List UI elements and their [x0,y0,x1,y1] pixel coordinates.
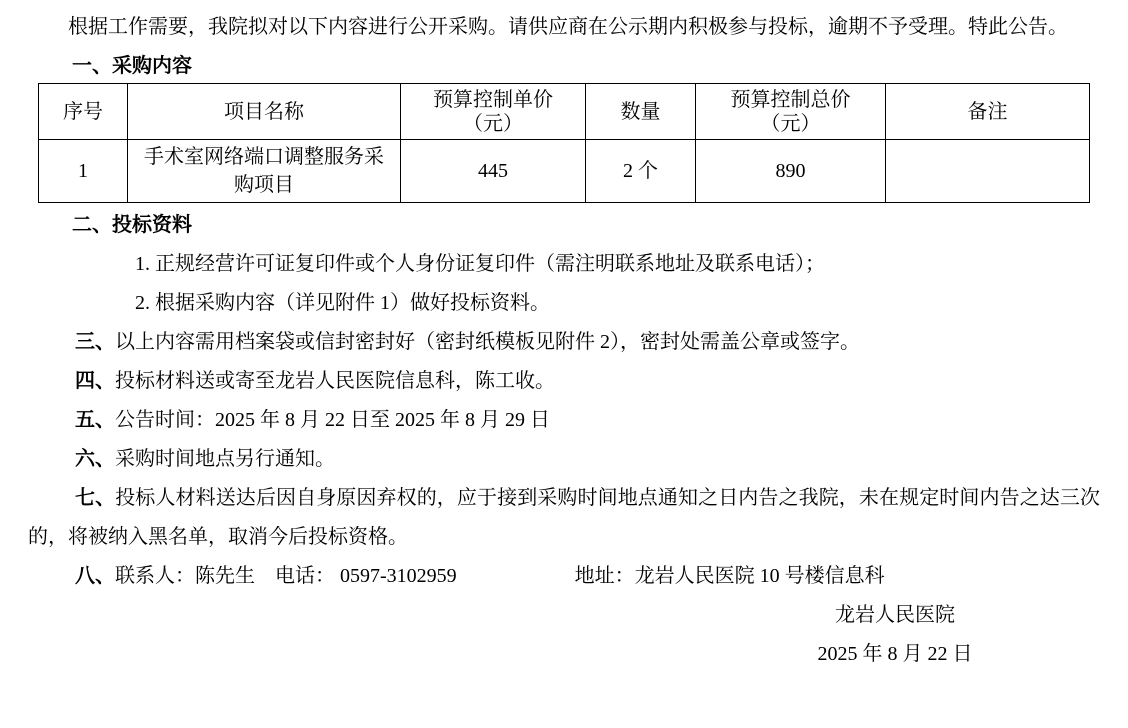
header-cell-quantity: 数量 [586,84,696,140]
section-line-sealing: 三、以上内容需用档案袋或信封密封好（密封纸模板见附件 2），密封处需盖公章或签字… [28,323,1100,362]
section-text-waiver-rule: 投标人材料送达后因自身原因弃权的，应于接到采购时间地点通知之日内告之我院，未在规… [28,487,1100,548]
cell-quantity: 2 个 [586,140,696,203]
intro-paragraph: 根据工作需要，我院拟对以下内容进行公开采购。请供应商在公示期内积极参与投标，逾期… [28,8,1100,47]
section-line-contact: 八、联系人：陈先生 电话： 0597-3102959地址：龙岩人民医院 10 号… [28,557,1100,596]
contact-info: 联系人：陈先生 电话： 0597-3102959 [115,565,457,587]
cell-serial: 1 [39,140,128,203]
table-header-row: 序号 项目名称 预算控制单价（元） 数量 预算控制总价（元） 备注 [39,84,1090,140]
section-text-time-place: 采购时间地点另行通知。 [115,448,335,470]
address-info: 地址：龙岩人民医院 10 号楼信息科 [575,565,885,587]
cell-total-price: 890 [696,140,886,203]
signature-block: 龙岩人民医院 2025 年 8 月 22 日 [750,596,1040,674]
header-cell-unit-price: 预算控制单价（元） [401,84,586,140]
section-heading-bid-documents: 二、投标资料 [28,206,1100,245]
section-line-announcement-period: 五、公告时间：2025 年 8 月 22 日至 2025 年 8 月 29 日 [28,401,1100,440]
cell-unit-price: 445 [401,140,586,203]
procurement-table: 序号 项目名称 预算控制单价（元） 数量 预算控制总价（元） 备注 1 手术室网… [38,83,1090,203]
section-line-time-place: 六、采购时间地点另行通知。 [28,440,1100,479]
header-cell-project-name: 项目名称 [128,84,401,140]
section-heading-procurement-content: 一、采购内容 [28,47,1100,86]
section-number-3: 三、 [75,331,115,353]
section-number-6: 六、 [75,448,115,470]
section-text-announcement-period: 公告时间：2025 年 8 月 22 日至 2025 年 8 月 29 日 [115,409,550,431]
header-cell-remark: 备注 [886,84,1090,140]
section-line-waiver-rule: 七、投标人材料送达后因自身原因弃权的，应于接到采购时间地点通知之日内告之我院，未… [28,479,1100,557]
signature-org: 龙岩人民医院 [750,596,1040,635]
procurement-announcement-page: 根据工作需要，我院拟对以下内容进行公开采购。请供应商在公示期内积极参与投标，逾期… [0,0,1128,674]
signature-date: 2025 年 8 月 22 日 [750,635,1040,674]
section-number-5: 五、 [75,409,115,431]
header-cell-serial: 序号 [39,84,128,140]
section-text-delivery: 投标材料送或寄至龙岩人民医院信息科，陈工收。 [115,370,555,392]
section-number-8: 八、 [75,565,115,587]
cell-remark [886,140,1090,203]
section-number-4: 四、 [75,370,115,392]
section-text-sealing: 以上内容需用档案袋或信封密封好（密封纸模板见附件 2），密封处需盖公章或签字。 [115,331,860,353]
section-line-delivery: 四、投标材料送或寄至龙岩人民医院信息科，陈工收。 [28,362,1100,401]
cell-project-name: 手术室网络端口调整服务采购项目 [128,140,401,203]
table-data-row: 1 手术室网络端口调整服务采购项目 445 2 个 890 [39,140,1090,203]
section-number-7: 七、 [75,487,115,509]
bid-document-item-2: 2. 根据采购内容（详见附件 1）做好投标资料。 [28,284,1100,323]
bid-document-item-1: 1. 正规经营许可证复印件或个人身份证复印件（需注明联系地址及联系电话）； [28,245,1100,284]
header-cell-total-price: 预算控制总价（元） [696,84,886,140]
